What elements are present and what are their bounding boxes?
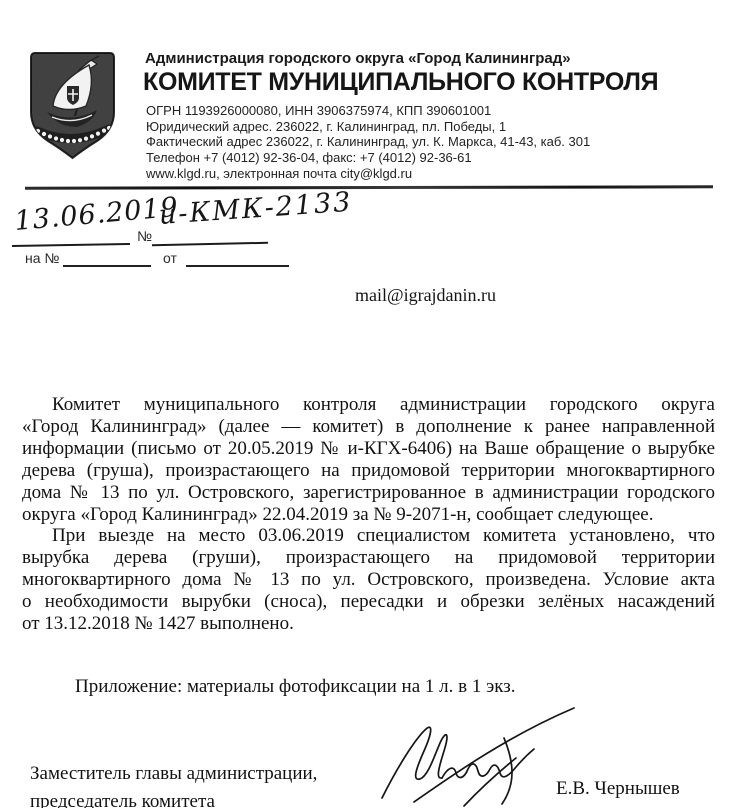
organization-details: ОГРН 1193926000080, ИНН 3906375974, КПП … <box>146 103 716 182</box>
date-underline <box>12 243 130 247</box>
kaliningrad-coat-of-arms-icon <box>27 50 118 162</box>
reply-to-number-label: на № <box>25 250 59 266</box>
reply-number-underline <box>63 265 151 267</box>
text-line: округа «Город Калининград» 22.04.2019 за… <box>22 504 715 526</box>
outgoing-date-handwritten: 13.06.2019 <box>13 192 180 237</box>
signer-name: Е.В. Чернышев <box>556 778 680 800</box>
scanned-letter-page: Администрация городского округа «Город К… <box>0 0 741 808</box>
text-line: дерева (груша), произрастающего на придо… <box>22 460 715 482</box>
number-underline <box>152 242 268 246</box>
letterhead-divider-line <box>25 185 713 189</box>
text-line: о необходимости вырубки (сноса), пересад… <box>22 591 715 613</box>
committee-name: КОМИТЕТ МУНИЦИПАЛЬНОГО КОНТРОЛЯ <box>143 68 723 97</box>
body-paragraph-2: При выезде на место 03.06.2019 специалис… <box>22 525 715 635</box>
text-line: Фактический адрес 236022, г. Калининград… <box>146 134 716 150</box>
text-line: ОГРН 1193926000080, ИНН 3906375974, КПП … <box>146 103 716 119</box>
signer-position: Заместитель главы администрации, председ… <box>30 760 317 808</box>
letter-body: Комитет муниципального контроля админист… <box>22 394 715 635</box>
text-line: информации (письмо от 20.05.2019 № и-КГХ… <box>22 438 715 460</box>
reply-from-date-label: от <box>163 250 177 266</box>
text-line: многоквартирного дома № 13 по ул. Остров… <box>22 569 715 591</box>
text-line: Телефон +7 (4012) 92-36-04, факс: +7 (40… <box>146 150 716 166</box>
outgoing-number-handwritten: и-КМК-2133 <box>158 187 353 231</box>
signer-position-line2: председатель комитета <box>30 788 317 808</box>
text-line: дома № 13 по ул. Островского, зарегистри… <box>22 482 715 504</box>
attachment-line: Приложение: материалы фотофиксации на 1 … <box>75 676 516 698</box>
text-line: «Город Калининград» (далее — комитет) в … <box>22 416 715 438</box>
reply-date-underline <box>186 265 289 267</box>
organization-name: Администрация городского округа «Город К… <box>145 50 705 67</box>
text-line: www.klgd.ru, электронная почта city@klgd… <box>146 166 716 182</box>
signer-position-line1: Заместитель главы администрации, <box>30 760 317 788</box>
text-line: Юридический адрес. 236022, г. Калинингра… <box>146 119 716 135</box>
text-line: Комитет муниципального контроля админист… <box>22 394 715 416</box>
number-sign-label: № <box>137 228 152 244</box>
text-line: При выезде на место 03.06.2019 специалис… <box>22 525 715 547</box>
recipient-email: mail@igrajdanin.ru <box>355 285 496 306</box>
text-line: от 13.12.2018 № 1427 выполнено. <box>22 613 715 635</box>
text-line: вырубка дерева (груши), произрастающего … <box>22 547 715 569</box>
body-paragraph-1: Комитет муниципального контроля админист… <box>22 394 715 525</box>
